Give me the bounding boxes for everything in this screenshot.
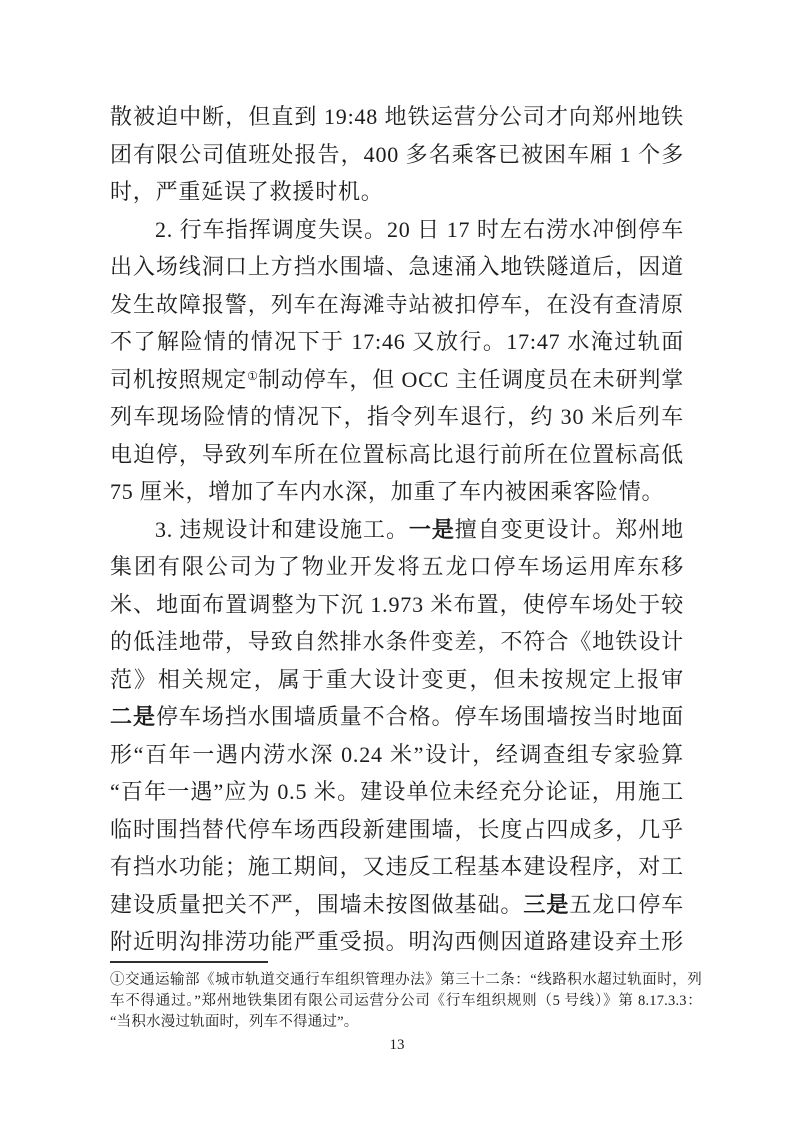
text-segment: 建设质量把关不严，围墙未按图做基础。 [110, 892, 523, 917]
body-line: 二是停车场挡水围墙质量不合格。停车场围墙按当时地面地 [110, 698, 684, 736]
body-line: 2. 行车指挥调度失误。20 日 17 时左右涝水冲倒停车场 [110, 211, 684, 249]
body-line: 发生故障报警，列车在海滩寺站被扣停车，在没有查清原因、 [110, 286, 684, 324]
body-text: 散被迫中断，但直到 19:48 地铁运营分公司才向郑州地铁集团有限公司值班处报告… [110, 98, 684, 961]
body-line: 建设质量把关不严，围墙未按图做基础。三是五龙口停车场 [110, 886, 684, 924]
body-line: 有挡水功能；施工期间，又违反工程基本建设程序，对工程 [110, 848, 684, 886]
bold-marker: 三是 [523, 892, 569, 917]
text-segment: 的低洼地带，导致自然排水条件变差，不符合《地铁设计规 [110, 629, 684, 661]
body-line: 时，严重延误了救援时机。 [110, 173, 684, 211]
text-segment: 司机按照规定 [110, 367, 247, 392]
body-line: 列车现场险情的情况下，指令列车退行，约 30 米后列车失 [110, 398, 684, 436]
body-line: 形“百年一遇内涝水深 0.24 米”设计，经调查组专家验算 [110, 736, 684, 774]
body-line: 散被迫中断，但直到 19:48 地铁运营分公司才向郑州地铁集 [110, 98, 684, 136]
text-segment: “百年一遇”应为 0.5 米。建设单位未经充分论证，用施工 [110, 779, 684, 804]
body-line: 临时围挡替代停车场西段新建围墙，长度占四成多，几乎没 [110, 811, 684, 849]
text-segment: 75 厘米，增加了车内水深，加重了车内被困乘客险情。 [110, 479, 664, 504]
body-line: 75 厘米，增加了车内水深，加重了车内被困乘客险情。 [110, 473, 684, 511]
text-segment: 列车现场险情的情况下，指令列车退行，约 30 米后列车失 [110, 404, 684, 436]
text-segment: 不了解险情的情况下于 17:46 又放行。17:47 水淹过轨面后， [110, 329, 684, 361]
body-line: 的低洼地带，导致自然排水条件变差，不符合《地铁设计规 [110, 623, 684, 661]
body-line: 出入场线洞口上方挡水围墙、急速涌入地铁隧道后，因道岔 [110, 248, 684, 286]
footnote-line: 车不得通过。”郑州地铁集团有限公司运营分公司《行车组织规则（5 号线）》第 8.… [110, 991, 702, 1012]
text-segment: 出入场线洞口上方挡水围墙、急速涌入地铁隧道后，因道岔 [110, 254, 684, 286]
bold-marker: 一是 [409, 517, 455, 542]
body-line: 集团有限公司为了物业开发将五龙口停车场运用库东移 30 [110, 548, 684, 586]
bold-marker: 二是 [110, 704, 156, 729]
footnote-line: ①交通运输部《城市轨道交通行车组织管理办法》第三十二条：“线路积水超过轨面时，列 [110, 970, 702, 991]
body-line: 3. 违规设计和建设施工。一是擅自变更设计。郑州地铁 [110, 511, 684, 549]
text-segment: 3. 违规设计和建设施工。 [155, 517, 409, 542]
text-segment: 附近明沟排涝功能严重受损。明沟西侧因道路建设弃土形成 [110, 929, 684, 961]
text-segment: 停车场挡水围墙质量不合格。停车场围墙按当时地面地 [110, 704, 684, 736]
body-line: 不了解险情的情况下于 17:46 又放行。17:47 水淹过轨面后， [110, 323, 684, 361]
text-segment: 临时围挡替代停车场西段新建围墙，长度占四成多，几乎没 [110, 817, 684, 849]
text-segment: 电迫停，导致列车所在位置标高比退行前所在位置标高低约 [110, 442, 684, 474]
text-segment: ①交通运输部《城市轨道交通行车组织管理办法》第三十二条：“线路积水超过轨面时，列 [110, 972, 702, 988]
text-segment: 2. 行车指挥调度失误。20 日 17 时左右涝水冲倒停车场 [155, 217, 684, 249]
text-segment: 有挡水功能；施工期间，又违反工程基本建设程序，对工程 [110, 854, 684, 886]
text-segment: 米、地面布置调整为下沉 1.973 米布置，使停车场处于较深 [110, 592, 684, 624]
body-line: 司机按照规定①制动停车，但 OCC 主任调度员在未研判掌握 [110, 361, 684, 399]
body-line: 团有限公司值班处报告，400 多名乘客已被困车厢 1 个多小 [110, 136, 684, 174]
body-line: 米、地面布置调整为下沉 1.973 米布置，使停车场处于较深 [110, 586, 684, 624]
text-segment: 车不得通过。”郑州地铁集团有限公司运营分公司《行车组织规则（5 号线）》第 8.… [110, 993, 702, 1009]
text-segment: 发生故障报警，列车在海滩寺站被扣停车，在没有查清原因、 [110, 292, 684, 324]
text-segment: 集团有限公司为了物业开发将五龙口停车场运用库东移 30 [110, 554, 684, 586]
text-segment: 时，严重延误了救援时机。 [110, 179, 384, 204]
footnote-block: ①交通运输部《城市轨道交通行车组织管理办法》第三十二条：“线路积水超过轨面时，列… [110, 970, 702, 1032]
body-line: 范》相关规定，属于重大设计变更，但未按规定上报审批。 [110, 661, 684, 699]
body-line: 电迫停，导致列车所在位置标高比退行前所在位置标高低约 [110, 436, 684, 474]
page-number: 13 [0, 1037, 794, 1054]
text-segment: 范》相关规定，属于重大设计变更，但未按规定上报审批。 [110, 667, 684, 699]
footnote-line: “当积水漫过轨面时，列车不得通过”。 [110, 1012, 702, 1033]
text-segment: 形“百年一遇内涝水深 0.24 米”设计，经调查组专家验算 [110, 742, 684, 767]
text-segment: “当积水漫过轨面时，列车不得通过”。 [110, 1014, 358, 1030]
body-line: “百年一遇”应为 0.5 米。建设单位未经充分论证，用施工 [110, 773, 684, 811]
text-segment: 散被迫中断，但直到 19:48 地铁运营分公司才向郑州地铁集 [110, 104, 684, 136]
body-line: 附近明沟排涝功能严重受损。明沟西侧因道路建设弃土形成 [110, 923, 684, 961]
footnote-separator [110, 961, 268, 963]
document-page: 散被迫中断，但直到 19:48 地铁运营分公司才向郑州地铁集团有限公司值班处报告… [0, 0, 794, 1123]
text-segment: 团有限公司值班处报告，400 多名乘客已被困车厢 1 个多小 [110, 142, 684, 174]
footnote-reference: ① [247, 369, 258, 383]
